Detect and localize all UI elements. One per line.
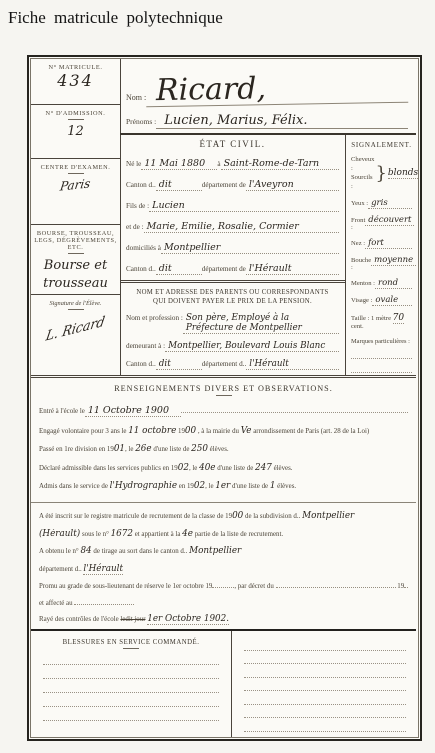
taille-label: Taille : 1 mètre [351,315,391,322]
father-row: Fils de : Lucien [126,200,339,212]
cheveux-label: Cheveux : [351,155,374,173]
hair-color-value: blonds [388,168,418,179]
blessures-title: BLESSURES EN SERVICE COMMANDÉ. [43,639,219,646]
profession-label: Nom et profession : [126,314,183,322]
domicilies-label: domiciliés à [126,244,161,252]
raye-struck-text: ledit jour [120,616,145,623]
centre-examen-value: Paris [59,176,91,193]
service-admission-line: Admis dans le service de l'Hydrographie … [39,481,408,491]
signalement-row: Front : découvert [351,215,412,231]
departement-value: l'Hérault [83,564,123,575]
signalement-row: Visage : ovale [351,295,412,306]
mother-row: et de : Marie, Emilie, Rosalie, Cormier [126,221,339,233]
passe-text: Passé en 1re division en 19 [39,446,114,453]
recrutement-section: A été inscrit sur le registre matricule … [31,503,416,631]
canton-row-1: Canton d.. dit département de l'Aveyron [126,179,339,191]
canton-label: Canton d.. [126,360,156,368]
engage-text: 19 [178,428,185,435]
declare-year-value: 02 [178,463,189,473]
blessures-section: BLESSURES EN SERVICE COMMANDÉ. [31,631,416,737]
bouche-label: Bouche : [351,257,371,271]
divider-dash [216,395,232,396]
passe-year-value: 01 [114,444,125,454]
subdivision-value: Montpellier [302,511,354,521]
tirage-line: A obtenu le n° 84 de tirage au sort dans… [39,546,408,556]
declare-text: , le [189,465,197,472]
ruled-line [43,665,219,679]
student-signature: L. Ricard [45,314,106,345]
scanned-document-page: Fiche matricule polytechnique N° MATRICU… [0,0,435,753]
nez-label: Nez : [351,240,365,247]
admissible-line: Déclaré admissible dans les services pub… [39,463,408,473]
admis-text: d'une liste de [232,483,268,490]
canton-label: Canton d.. [126,265,156,273]
classe-year-value: 00 [232,511,243,521]
signalement-row: Menton : rond [351,278,412,289]
hair-eyebrows-labels: Cheveux : Sourcils : [351,155,374,191]
nez-value: fort [365,238,412,249]
document-inner-border: N° MATRICULE. 434 N° D'ADMISSION. 12 CEN… [30,58,419,738]
demeurant-label: demeurant à : [126,342,165,350]
prenoms-value: Lucien, Marius, Félix. [156,113,408,129]
ne-le-label: Né le [126,160,141,168]
raye-line: Rayé des contrôles de l'école ledit jour… [39,614,408,624]
ruled-line [244,691,406,705]
departement-label: département de [202,265,246,273]
ruled-line [181,412,408,413]
signalement-row: Bouche : moyenne [351,255,412,271]
engagement-line: Engagé volontaire pour 3 ans le 11 octob… [39,426,408,436]
mother-name-value: Marie, Emilie, Rosalie, Cormier [144,221,339,233]
numero-text: sous le n° [82,531,109,538]
affecte-label: et affecté au [39,600,73,607]
canton-value: dit [156,179,202,191]
canton-label: Canton d.. [126,181,156,189]
passe-text: élèves. [210,446,229,453]
parents-title-line2: QUI DOIVENT PAYER LE PRIX DE LA PENSION. [126,297,339,306]
declare-rank-value: 40e [199,463,215,473]
ruled-line [43,651,219,665]
birth-row: Né le 11 Mai 1880 à Saint-Rome-de-Tarn [126,158,339,170]
admis-text: en 19 [179,483,194,490]
blessures-right-pane [232,631,416,737]
admis-total-value: 1 [270,481,276,491]
birth-place-value: Saint-Rome-de-Tarn [221,158,339,170]
admis-text: , le [205,483,213,490]
yeux-label: Yeux : [351,200,368,207]
domicile-value: Montpellier [161,242,339,254]
passe-text: d'une liste de [153,446,189,453]
matricule-recr-value: 1672 [111,529,133,539]
divider-dash [68,309,84,310]
sourcils-label: Sourcils : [351,173,374,191]
admission-label: N° D'ADMISSION. [31,110,120,117]
admis-rank-value: 1er [215,481,230,491]
marques-label: Marques particulières : [351,338,412,345]
brace-icon: } [375,163,386,184]
ruled-line [244,664,406,678]
registre-text: de la subdivision d.. [245,513,300,520]
declare-text: d'une liste de [217,465,253,472]
residence-value: Montpellier, Boulevard Louis Blanc [165,341,339,352]
nom-label: Nom : [126,93,146,105]
blessures-left-pane: BLESSURES EN SERVICE COMMANDÉ. [31,631,232,737]
ruled-line [74,598,134,605]
matricule-value: 434 [57,71,94,90]
raye-date-value: 1er Octobre 1902. [147,614,229,625]
etat-civil-title: ÉTAT CIVIL. [126,139,339,149]
yeux-value: gris [368,198,412,209]
engage-text: arrondissement de Paris (art. 28 de la L… [253,428,369,435]
visage-label: Visage : [351,297,372,304]
centre-examen-cell: CENTRE D'EXAMEN. Paris [31,159,120,225]
signature-cell: Signature de l'Élève. L. Ricard [31,295,120,375]
matricule-label: N° MATRICULE. [31,64,120,71]
subdivision-dept-value: (Hérault) [39,529,80,539]
engage-text: , à la mairie du [198,428,239,435]
renseignements-title: RENSEIGNEMENTS DIVERS ET OBSERVATIONS. [39,384,408,393]
school-entry-row: Entré à l'école le 11 Octobre 1900 [39,405,408,417]
bourse-label: BOURSE, TROUSSEAU, LEGS, DÉGRÈVEMENTS, E… [31,230,120,251]
matriculation-sheet: N° MATRICULE. 434 N° D'ADMISSION. 12 CEN… [27,55,422,741]
ruled-line [244,705,406,719]
engage-text: Engagé volontaire pour 3 ans le [39,428,126,435]
canton-value: dit [156,263,202,275]
father-name-value: Lucien [149,200,339,212]
divider-dash [68,253,84,254]
departement-line: département d.. l'Hérault [39,564,408,574]
page-title: Fiche matricule polytechnique [8,8,223,28]
tirage-canton-value: Montpellier [189,546,241,556]
taille-row: Taille : 1 mètre 70 cent. [351,313,412,330]
ruled-line [43,693,219,707]
residence-row: demeurant à : Montpellier, Boulevard Lou… [126,341,339,352]
registre-line: A été inscrit sur le registre matricule … [39,511,408,521]
ruled-line [244,637,406,651]
signalement-title: SIGNALEMENT. [351,141,412,149]
departement-value: l'Aveyron [246,179,339,191]
tirage-text: A obtenu le n° [39,548,79,555]
menton-label: Menton : [351,280,375,287]
divider-dash [123,648,139,649]
engage-date-value: 11 octobre [128,426,176,436]
affectation-line: et affecté au [39,598,408,607]
nom-row: Nom : Ricard, [126,61,408,105]
fils-de-label: Fils de : [126,202,149,210]
matricule-cell: N° MATRICULE. 434 [31,59,120,105]
bourse-value: Bourse et trousseau [43,258,108,291]
entry-date-value: 11 Octobre 1900 [85,405,181,417]
tirage-text: de tirage au sort dans le canton d.. [93,548,187,555]
promu-text: Promu au grade de sous-lieutenant de rés… [39,583,212,590]
division-line: Passé en 1re division en 1901, le 26e d'… [39,444,408,454]
departement-value: l'Hérault [246,263,339,275]
declare-text: élèves. [274,465,293,472]
departement-label: département de [202,181,246,189]
registre-text: A été inscrit sur le registre matricule … [39,513,232,520]
declare-total-value: 247 [255,463,272,473]
signalement-row: Yeux : gris [351,198,412,209]
birth-date-value: 11 Mai 1880 [141,158,217,170]
parents-canton-row: Canton d.. dit département d.. l'Hérault [126,359,339,370]
ruled-line [43,707,219,721]
promotion-line: Promu au grade de sous-lieutenant de rés… [39,581,408,590]
left-column: N° MATRICULE. 434 N° D'ADMISSION. 12 CEN… [31,59,121,375]
raye-text: Rayé des contrôles de l'école [39,616,119,623]
admis-year-value: 02 [194,481,205,491]
canton-value: dit [156,359,202,370]
promu-text: , par décret du [234,583,273,590]
nom-value: Ricard, [146,72,408,108]
arrondissement-value: Ve [241,426,252,436]
etat-civil-section: ÉTAT CIVIL. Né le 11 Mai 1880 à Saint-Ro… [120,135,345,280]
departement-label: département d.. [39,566,82,573]
ruled-line [351,359,412,373]
admission-value: 12 [67,124,84,139]
menton-value: rond [375,278,412,289]
departement-label: département d.. [202,360,247,368]
entre-label: Entré à l'école le [39,408,85,415]
parents-section: NOM ET ADRESSE DES PARENTS OU CORRESPOND… [120,280,345,375]
taille-unit-label: cent. [351,323,364,330]
liste-part-value: 4e [182,529,193,539]
hair-eyebrows-row: Cheveux : Sourcils : } blonds [351,155,412,191]
admis-text: Admis dans le service de [39,483,108,490]
ruled-line [244,678,406,692]
numero-text: partie de la liste de recrutement. [195,531,283,538]
ruled-line [43,679,219,693]
centre-examen-label: CENTRE D'EXAMEN. [31,164,120,171]
numero-text: et appartient à la [135,531,181,538]
ruled-line [244,718,406,732]
signalement-section: SIGNALEMENT. Cheveux : Sourcils : } blon… [345,135,416,375]
front-value: découvert [365,215,414,226]
passe-rank-value: 26e [135,444,151,454]
taille-value: 70 [393,313,404,324]
profession-row: Nom et profession : Son père, Employé à … [126,313,339,334]
passe-total-value: 250 [191,444,208,454]
prenoms-row: Prénoms : Lucien, Marius, Félix. [126,113,408,129]
front-label: Front : [351,217,365,231]
admis-text: élèves. [277,483,296,490]
departement-value: l'Hérault [246,359,339,370]
engage-year-value: 00 [185,426,196,436]
name-header: Nom : Ricard, Prénoms : Lucien, Marius, … [120,59,416,135]
et-de-label: et de : [126,223,144,231]
divider-dash [68,173,84,174]
bouche-value: moyenne [371,255,416,266]
admission-cell: N° D'ADMISSION. 12 [31,105,120,159]
signature-label: Signature de l'Élève. [31,300,120,307]
renseignements-section: RENSEIGNEMENTS DIVERS ET OBSERVATIONS. E… [31,375,416,503]
ruled-line [404,581,408,588]
declare-text: Déclaré admissible dans les services pub… [39,465,178,472]
ruled-line [244,651,406,665]
prenoms-label: Prénoms : [126,117,156,126]
numero-line: (Hérault) sous le n° 1672 et appartient … [39,529,408,539]
passe-text: , le [125,446,133,453]
ruled-line [212,581,234,588]
visage-value: ovale [372,295,412,306]
service-name-value: l'Hydrographie [110,481,177,491]
canton-row-2: Canton d.. dit département de l'Hérault [126,263,339,275]
domicile-row: domiciliés à Montpellier [126,242,339,254]
ruled-line [276,581,396,588]
tirage-num-value: 84 [80,546,91,556]
promu-text: 19 [397,583,404,590]
ruled-line [351,345,412,359]
profession-value: Son père, Employé à la Préfecture de Mon… [183,313,339,334]
divider-dash [68,119,84,120]
signalement-row: Nez : fort [351,238,412,249]
parents-title-line1: NOM ET ADRESSE DES PARENTS OU CORRESPOND… [126,288,339,297]
bourse-cell: BOURSE, TROUSSEAU, LEGS, DÉGRÈVEMENTS, E… [31,225,120,295]
